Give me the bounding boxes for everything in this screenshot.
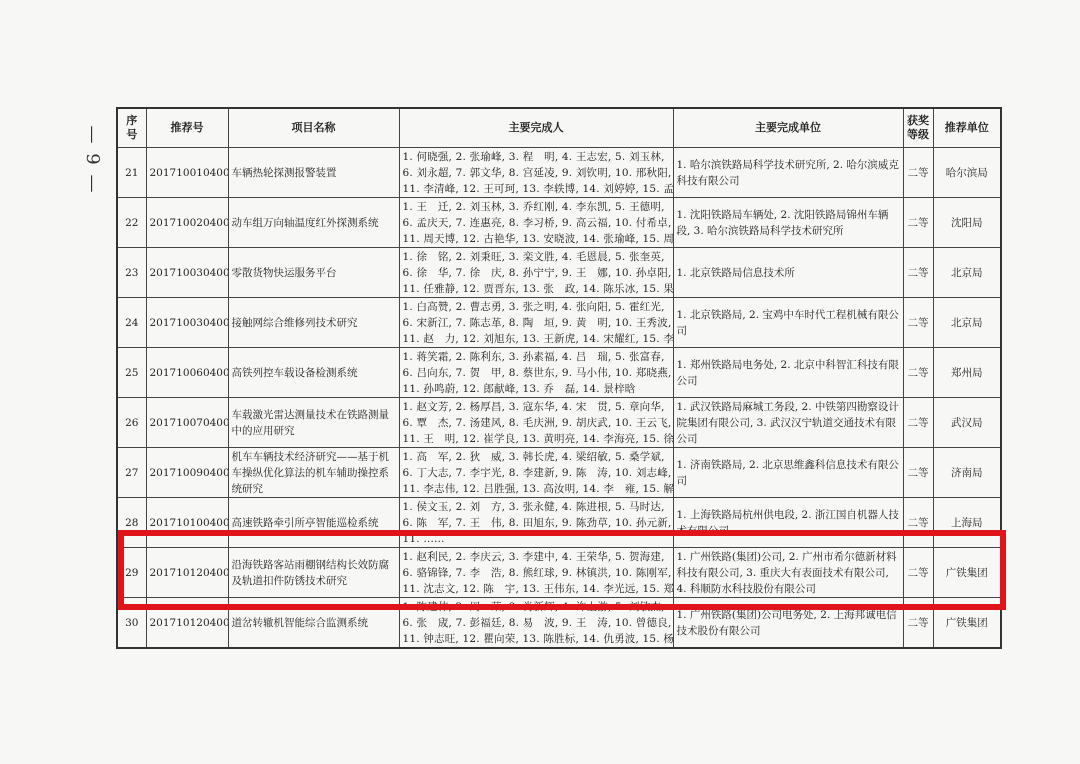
table-row: 2820171010040006高速铁路牵引所亭智能巡检系统1. 侯文玉, 2.… [117,498,1001,548]
recommendation-code: 20171003040003 [146,298,228,348]
header-people: 主要完成人 [399,108,673,148]
header-no: 序号 [117,108,146,148]
contributors-line: 1. 高 军, 2. 狄 威, 3. 韩长虎, 4. 梁绍敏, 5. 桑学斌, [403,449,670,465]
contributors-line: 6. 徐 华, 7. 徐 庆, 8. 孙宁宁, 9. 王 娜, 10. 孙卓阳, [403,265,670,281]
row-number: 30 [117,598,146,649]
recommending-unit: 济南局 [933,448,1001,498]
contributors-line: 11. 周天博, 12. 古艳华, 13. 安晓波, 14. 张瑜峰, 15. … [403,231,670,247]
row-number: 23 [117,248,146,298]
main-contributors: 1. 赵文芳, 2. 杨厚昌, 3. 寇东华, 4. 宋 贯, 5. 章向华,6… [399,398,673,448]
row-number: 27 [117,448,146,498]
contributors-line: 6. 丁大志, 7. 李宇光, 8. 李建新, 9. 陈 涛, 10. 刘志峰, [403,465,670,481]
contributors-line: 6. 孟庆天, 7. 连惠亮, 8. 李习桥, 9. 高云福, 10. 付希卓, [403,215,670,231]
table-row: 2420171003040003接触网综合维修列技术研究1. 白高赞, 2. 曹… [117,298,1001,348]
document-page: — 9 — 序号 推荐号 项目名称 主要完成人 主要完成单位 获奖等级 推荐单位… [0,0,1080,764]
header-code: 推荐号 [146,108,228,148]
project-name: 高铁列控车载设备检测系统 [228,348,399,398]
main-units: 1. 武汉铁路局麻城工务段, 2. 中铁第四勘察设计院集团有限公司, 3. 武汉… [673,398,903,448]
main-contributors: 1. 徐 铭, 2. 刘秉旺, 3. 栾文胜, 4. 毛恩晨, 5. 张奎英,6… [399,248,673,298]
contributors-line: 11. …… [403,531,670,547]
main-contributors: 1. 侯文玉, 2. 刘 方, 3. 张永健, 4. 陈进根, 5. 马时达,6… [399,498,673,548]
project-name: 沿海铁路客站雨棚钢结构长效防腐及轨道扣件防锈技术研究 [228,548,399,598]
contributors-line: 1. 陈建伟, 2. 周 荣, 3. 肖新辉, 4. 许上游, 5. 刘敏杰, [403,599,670,615]
recommending-unit: 上海局 [933,498,1001,548]
awards-table: 序号 推荐号 项目名称 主要完成人 主要完成单位 获奖等级 推荐单位 21201… [116,107,1002,649]
recommendation-code: 20171003040001 [146,248,228,298]
project-name: 道岔转辙机智能综合监测系统 [228,598,399,649]
recommendation-code: 20171012040001 [146,548,228,598]
contributors-line: 6. 陈 军, 7. 王 伟, 8. 田旭东, 9. 陈劲草, 10. 孙元新, [403,515,670,531]
recommendation-code: 20171002040005 [146,198,228,248]
project-name: 机车车辆技术经济研究——基于机车操纵优化算法的机车辅助操控系统研究 [228,448,399,498]
award-grade: 二等 [903,148,933,198]
row-number: 24 [117,298,146,348]
award-grade: 二等 [903,298,933,348]
award-grade: 二等 [903,448,933,498]
contributors-line: 11. 赵 力, 12. 刘旭东, 13. 王新虎, 14. 宋耀红, 15. … [403,331,670,347]
contributors-line: 1. 何晓强, 2. 张瑜峰, 3. 程 明, 4. 王志宏, 5. 刘玉林, [403,149,670,165]
main-units: 1. 沈阳铁路局车辆处, 2. 沈阳铁路局锦州车辆段, 3. 哈尔滨铁路局科学技… [673,198,903,248]
main-units: 1. 上海铁路局杭州供电段, 2. 浙江国自机器人技术有限公司 [673,498,903,548]
table-header-row: 序号 推荐号 项目名称 主要完成人 主要完成单位 获奖等级 推荐单位 [117,108,1001,148]
project-name: 车载激光雷达测量技术在铁路测量中的应用研究 [228,398,399,448]
contributors-line: 1. 王 迁, 2. 刘玉林, 3. 乔红刚, 4. 李东凯, 5. 王德明, [403,199,670,215]
main-contributors: 1. 陈建伟, 2. 周 荣, 3. 肖新辉, 4. 许上游, 5. 刘敏杰,6… [399,598,673,649]
main-units: 1. 济南铁路局, 2. 北京思维鑫科信息技术有限公司 [673,448,903,498]
contributors-line: 1. 侯文玉, 2. 刘 方, 3. 张永健, 4. 陈进根, 5. 马时达, [403,499,670,515]
contributors-line: 1. 蒋笑霜, 2. 陈利东, 3. 孙素福, 4. 吕 瑞, 5. 张富春, [403,349,670,365]
main-units: 1. 广州铁路(集团)公司, 2. 广州市希尔德新材料科技有限公司, 3. 重庆… [673,548,903,598]
recommending-unit: 广铁集团 [933,598,1001,649]
award-grade: 二等 [903,498,933,548]
recommendation-code: 20171010040006 [146,498,228,548]
contributors-line: 1. 徐 铭, 2. 刘秉旺, 3. 栾文胜, 4. 毛恩晨, 5. 张奎英, [403,249,670,265]
contributors-line: 6. 刘永超, 7. 郭文华, 8. 宫延凌, 9. 刘钦明, 10. 邢秋阳, [403,165,670,181]
contributors-line: 11. 王 明, 12. 崔学良, 13. 黄明亮, 14. 李海亮, 15. … [403,431,670,447]
row-number: 22 [117,198,146,248]
row-number: 28 [117,498,146,548]
main-units: 1. 郑州铁路局电务处, 2. 北京中科智汇科技有限公司 [673,348,903,398]
contributors-line: 1. 赵文芳, 2. 杨厚昌, 3. 寇东华, 4. 宋 贯, 5. 章向华, [403,399,670,415]
award-grade: 二等 [903,398,933,448]
recommendation-code: 20171012040002 [146,598,228,649]
main-units: 1. 北京铁路局信息技术所 [673,248,903,298]
recommendation-code: 20171007040006 [146,398,228,448]
recommending-unit: 郑州局 [933,348,1001,398]
project-name: 接触网综合维修列技术研究 [228,298,399,348]
table-row: 2920171012040001沿海铁路客站雨棚钢结构长效防腐及轨道扣件防锈技术… [117,548,1001,598]
project-name: 零散货物快运服务平台 [228,248,399,298]
main-contributors: 1. 高 军, 2. 狄 威, 3. 韩长虎, 4. 梁绍敏, 5. 桑学斌,6… [399,448,673,498]
main-contributors: 1. 何晓强, 2. 张瑜峰, 3. 程 明, 4. 王志宏, 5. 刘玉林,6… [399,148,673,198]
table-row: 2620171007040006车载激光雷达测量技术在铁路测量中的应用研究1. … [117,398,1001,448]
table-row: 2220171002040005动车组万向轴温度红外探测系统1. 王 迁, 2.… [117,198,1001,248]
recommendation-code: 20171009040001 [146,448,228,498]
contributors-line: 1. 赵利民, 2. 李庆云, 3. 李建中, 4. 王荣华, 5. 贺海建, [403,549,670,565]
recommending-unit: 北京局 [933,248,1001,298]
recommending-unit: 沈阳局 [933,198,1001,248]
contributors-line: 11. 李清峰, 12. 王可珂, 13. 李轶博, 14. 刘婷婷, 15. … [403,181,670,197]
project-name: 动车组万向轴温度红外探测系统 [228,198,399,248]
recommending-unit: 广铁集团 [933,548,1001,598]
row-number: 25 [117,348,146,398]
header-recommender: 推荐单位 [933,108,1001,148]
main-units: 1. 北京铁路局, 2. 宝鸡中车时代工程机械有限公司 [673,298,903,348]
contributors-line: 6. 覃 杰, 7. 汤建风, 8. 毛庆洲, 9. 胡庆武, 10. 王云飞, [403,415,670,431]
contributors-line: 11. 钟志旺, 12. 瞿向荣, 13. 陈胜标, 14. 仇勇波, 15. … [403,631,670,647]
contributors-line: 6. 宋新江, 7. 陈志革, 8. 陶 垣, 9. 黄 明, 10. 王秀波, [403,315,670,331]
table-row: 2520171006040003高铁列控车载设备检测系统1. 蒋笑霜, 2. 陈… [117,348,1001,398]
row-number: 21 [117,148,146,198]
contributors-line: 6. 张 宬, 7. 彭福廷, 8. 易 波, 9. 王 涛, 10. 曾德良, [403,615,670,631]
table-row: 2720171009040001机车车辆技术经济研究——基于机车操纵优化算法的机… [117,448,1001,498]
main-contributors: 1. 蒋笑霜, 2. 陈利东, 3. 孙素福, 4. 吕 瑞, 5. 张富春,6… [399,348,673,398]
recommendation-code: 20171001040001 [146,148,228,198]
row-number: 26 [117,398,146,448]
award-grade: 二等 [903,198,933,248]
contributors-line: 11. 孙鸣蔚, 12. 郎献峰, 13. 乔 磊, 14. 景梓晗 [403,381,670,397]
award-grade: 二等 [903,598,933,649]
table-row: 2320171003040001零散货物快运服务平台1. 徐 铭, 2. 刘秉旺… [117,248,1001,298]
recommendation-code: 20171006040003 [146,348,228,398]
contributors-line: 6. 吕向东, 7. 贺 甲, 8. 蔡世东, 9. 马小伟, 10. 郑晓燕, [403,365,670,381]
project-name: 高速铁路牵引所亭智能巡检系统 [228,498,399,548]
contributors-line: 11. 任雅静, 12. 贾晋东, 13. 张 政, 14. 陈乐冰, 15. … [403,281,670,297]
main-contributors: 1. 白高赞, 2. 曹志勇, 3. 张之明, 4. 张向阳, 5. 霍红光,6… [399,298,673,348]
contributors-line: 6. 骆锦锋, 7. 李 浩, 8. 熊红球, 9. 林镇洪, 10. 陈刚军, [403,565,670,581]
contributors-line: 11. 李志伟, 12. 吕胜强, 13. 高汝明, 14. 李 雍, 15. … [403,481,670,497]
contributors-line: 11. 沈志文, 12. 陈 宇, 13. 王伟东, 14. 李光远, 15. … [403,581,670,597]
table-row: 3020171012040002道岔转辙机智能综合监测系统1. 陈建伟, 2. … [117,598,1001,649]
award-grade: 二等 [903,548,933,598]
main-contributors: 1. 王 迁, 2. 刘玉林, 3. 乔红刚, 4. 李东凯, 5. 王德明,6… [399,198,673,248]
header-grade: 获奖等级 [903,108,933,148]
recommending-unit: 武汉局 [933,398,1001,448]
table-row: 2120171001040001车辆热轮探测报警装置1. 何晓强, 2. 张瑜峰… [117,148,1001,198]
recommending-unit: 北京局 [933,298,1001,348]
main-contributors: 1. 赵利民, 2. 李庆云, 3. 李建中, 4. 王荣华, 5. 贺海建,6… [399,548,673,598]
award-grade: 二等 [903,348,933,398]
main-units: 1. 哈尔滨铁路局科学技术研究所, 2. 哈尔滨威克科技有限公司 [673,148,903,198]
award-grade: 二等 [903,248,933,298]
header-units: 主要完成单位 [673,108,903,148]
project-name: 车辆热轮探测报警装置 [228,148,399,198]
header-project: 项目名称 [228,108,399,148]
row-number: 29 [117,548,146,598]
recommending-unit: 哈尔滨局 [933,148,1001,198]
contributors-line: 1. 白高赞, 2. 曹志勇, 3. 张之明, 4. 张向阳, 5. 霍红光, [403,299,670,315]
main-units: 1. 广州铁路(集团)公司电务处, 2. 上海邦诚电信技术股份有限公司 [673,598,903,649]
